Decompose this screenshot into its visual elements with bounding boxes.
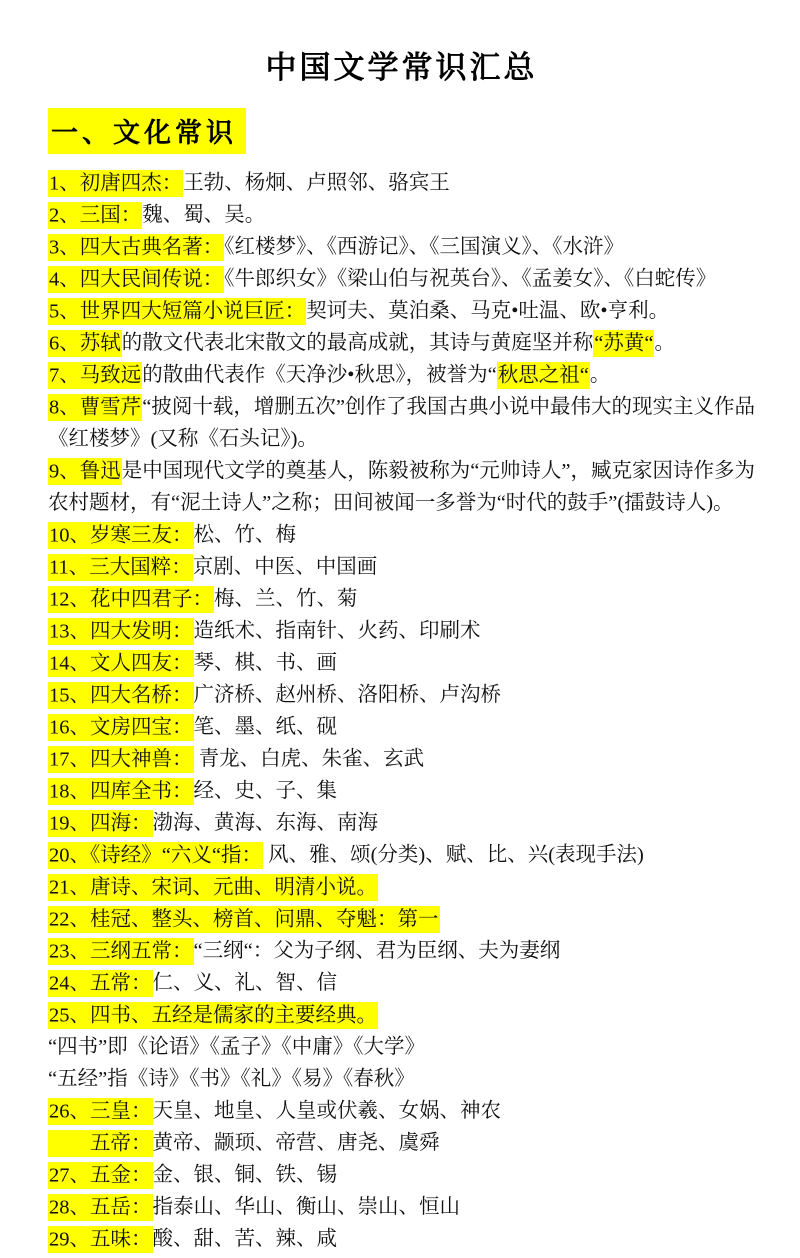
highlighted-text: 18、四库全书： [48, 778, 194, 805]
plain-text: 金、银、铜、铁、锡 [153, 1164, 338, 1186]
plain-text: 契诃夫、莫泊桑、马克•吐温、欧•亨利。 [306, 300, 669, 322]
highlighted-text: 8、曹雪芹 [48, 394, 142, 421]
plain-text: 魏、蜀、吴。 [142, 204, 265, 226]
list-item: 26、三皇：天皇、地皇、人皇或伏羲、女娲、神农 [48, 1095, 755, 1127]
highlighted-text: 17、四大神兽： [48, 746, 194, 773]
plain-text: 的散曲代表作《天净沙•秋思》，被誉为“ [142, 364, 497, 386]
highlighted-text: 12、花中四君子： [48, 586, 214, 613]
highlighted-text: 秋思之祖“ [497, 362, 590, 389]
highlighted-text: 21、唐诗、宋词、元曲、明清小说。 [48, 874, 378, 901]
highlighted-text: 9、鲁迅 [48, 458, 122, 485]
list-item: 24、五常：仁、义、礼、智、信 [48, 967, 755, 999]
highlighted-text: 22、桂冠、整头、榜首、问鼎、夺魁：第一 [48, 906, 440, 933]
list-item: 1、初唐四杰：王勃、杨炯、卢照邻、骆宾王 [48, 167, 755, 199]
list-item: 10、岁寒三友：松、竹、梅 [48, 519, 755, 551]
list-item: 6、苏轼的散文代表北宋散文的最高成就，其诗与黄庭坚并称“苏黄“。 [48, 327, 755, 359]
plain-text: “四书”即《论语》《孟子》《中庸》《大学》 [48, 1036, 425, 1058]
plain-text: 的散文代表北宋散文的最高成就，其诗与黄庭坚并称 [122, 332, 594, 354]
plain-text: 琴、棋、书、画 [194, 652, 338, 674]
list-item: 9、鲁迅是中国现代文学的奠基人，陈毅被称为“元帅诗人”，臧克家因诗作多为农村题材… [48, 455, 755, 519]
highlighted-text: 15、四大名桥： [48, 682, 194, 709]
plain-text: 广济桥、赵州桥、洛阳桥、卢沟桥 [194, 684, 502, 706]
section-heading: 一、文化常识 [48, 108, 246, 154]
highlighted-text: 五帝： [48, 1130, 153, 1157]
plain-text: 渤海、黄海、东海、南海 [153, 812, 379, 834]
list-item: 15、四大名桥：广济桥、赵州桥、洛阳桥、卢沟桥 [48, 679, 755, 711]
plain-text: “五经”指《诗》《书》《礼》《易》《春秋》 [48, 1068, 415, 1090]
highlighted-text: 4、四大民间传说： [48, 266, 224, 293]
list-item: “四书”即《论语》《孟子》《中庸》《大学》 [48, 1031, 755, 1063]
plain-text: 酸、甜、苦、辣、咸 [153, 1228, 338, 1250]
highlighted-text: 26、三皇： [48, 1098, 153, 1125]
highlighted-text: 19、四海： [48, 810, 153, 837]
document-page: 中国文学常识汇总 一、文化常识 1、初唐四杰：王勃、杨炯、卢照邻、骆宾王2、三国… [0, 0, 800, 1258]
highlighted-text: 28、五岳： [48, 1194, 153, 1221]
list-item: 23、三纲五常：“三纲“：父为子纲、君为臣纲、夫为妻纲 [48, 935, 755, 967]
highlighted-text: 13、四大发明： [48, 618, 194, 645]
list-item: 25、四书、五经是儒家的主要经典。 [48, 999, 755, 1031]
highlighted-text: 29、五味： [48, 1226, 153, 1253]
list-item: 18、四库全书：经、史、子、集 [48, 775, 755, 807]
plain-text: 。 [654, 332, 675, 354]
highlighted-text: 25、四书、五经是儒家的主要经典。 [48, 1002, 378, 1029]
plain-text: “三纲“：父为子纲、君为臣纲、夫为妻纲 [194, 940, 561, 962]
list-item: 16、文房四宝：笔、墨、纸、砚 [48, 711, 755, 743]
plain-text: 王勃、杨炯、卢照邻、骆宾王 [183, 172, 450, 194]
list-item: 29、五味：酸、甜、苦、辣、咸 [48, 1223, 755, 1255]
highlighted-text: 16、文房四宝： [48, 714, 194, 741]
item-list: 1、初唐四杰：王勃、杨炯、卢照邻、骆宾王2、三国：魏、蜀、吴。3、四大古典名著：… [48, 167, 755, 1255]
highlighted-text: “苏黄“ [593, 330, 654, 357]
plain-text: 天皇、地皇、人皇或伏羲、女娲、神农 [153, 1100, 502, 1122]
plain-text: 造纸术、指南针、火药、印刷术 [194, 620, 481, 642]
list-item: 14、文人四友：琴、棋、书、画 [48, 647, 755, 679]
plain-text: 经、史、子、集 [194, 780, 338, 802]
page-title: 中国文学常识汇总 [48, 0, 755, 87]
list-item: 3、四大古典名著：《红楼梦》、《西游记》、《三国演义》、《水浒》 [48, 231, 755, 263]
highlighted-text: 6、苏轼 [48, 330, 122, 357]
list-item: 19、四海：渤海、黄海、东海、南海 [48, 807, 755, 839]
list-item: 12、花中四君子：梅、兰、竹、菊 [48, 583, 755, 615]
plain-text: 笔、墨、纸、砚 [194, 716, 338, 738]
list-item: “五经”指《诗》《书》《礼》《易》《春秋》 [48, 1063, 755, 1095]
plain-text: 松、竹、梅 [194, 524, 297, 546]
list-item: 28、五岳：指泰山、华山、衡山、崇山、恒山 [48, 1191, 755, 1223]
highlighted-text: 3、四大古典名著： [48, 234, 224, 261]
list-item: 21、唐诗、宋词、元曲、明清小说。 [48, 871, 755, 903]
highlighted-text: 27、五金： [48, 1162, 153, 1189]
list-item: 2、三国：魏、蜀、吴。 [48, 199, 755, 231]
list-item: 5、世界四大短篇小说巨匠：契诃夫、莫泊桑、马克•吐温、欧•亨利。 [48, 295, 755, 327]
plain-text: 是中国现代文学的奠基人，陈毅被称为“元帅诗人”，臧克家因诗作多为农村题材，有“泥… [48, 460, 755, 514]
plain-text: 仁、义、礼、智、信 [153, 972, 338, 994]
list-item: 8、曹雪芹“披阅十载，增删五次”创作了我国古典小说中最伟大的现实主义作品《红楼梦… [48, 391, 755, 455]
list-item: 17、四大神兽： 青龙、白虎、朱雀、玄武 [48, 743, 755, 775]
highlighted-text: 1、初唐四杰： [48, 170, 183, 197]
plain-text: 京剧、中医、中国画 [193, 556, 378, 578]
highlighted-text: 2、三国： [48, 202, 142, 229]
plain-text: 指泰山、华山、衡山、崇山、恒山 [153, 1196, 461, 1218]
section-heading-row: 一、文化常识 [48, 108, 755, 154]
plain-text: 青龙、白虎、朱雀、玄武 [194, 748, 425, 770]
plain-text: 《牛郎织女》《梁山伯与祝英台》、《孟姜女》、《白蛇传》 [224, 268, 716, 290]
list-item: 11、三大国粹：京剧、中医、中国画 [48, 551, 755, 583]
highlighted-text: 11、三大国粹： [48, 554, 193, 581]
plain-text: 风、雅、颂(分类)、赋、比、兴(表现手法) [263, 844, 644, 866]
plain-text: 。 [590, 364, 611, 386]
plain-text: 梅、兰、竹、菊 [214, 588, 358, 610]
list-item: 20、《诗经》“六义“指： 风、雅、颂(分类)、赋、比、兴(表现手法) [48, 839, 755, 871]
highlighted-text: 5、世界四大短篇小说巨匠： [48, 298, 306, 325]
highlighted-text: 23、三纲五常： [48, 938, 194, 965]
highlighted-text: 24、五常： [48, 970, 153, 997]
list-item: 22、桂冠、整头、榜首、问鼎、夺魁：第一 [48, 903, 755, 935]
list-item: 13、四大发明：造纸术、指南针、火药、印刷术 [48, 615, 755, 647]
highlighted-text: 7、马致远 [48, 362, 142, 389]
highlighted-text: 20、《诗经》“六义“指： [48, 842, 263, 869]
list-item: 7、马致远的散曲代表作《天净沙•秋思》，被誉为“秋思之祖“。 [48, 359, 755, 391]
highlighted-text: 14、文人四友： [48, 650, 194, 677]
plain-text: 《红楼梦》、《西游记》、《三国演义》、《水浒》 [224, 236, 624, 258]
plain-text: 黄帝、颛顼、帝营、唐尧、虞舜 [153, 1132, 440, 1154]
list-item: 27、五金：金、银、铜、铁、锡 [48, 1159, 755, 1191]
list-item: 五帝：黄帝、颛顼、帝营、唐尧、虞舜 [48, 1127, 755, 1159]
plain-text: “披阅十载，增删五次”创作了我国古典小说中最伟大的现实主义作品《红楼梦》(又称《… [48, 396, 755, 450]
list-item: 4、四大民间传说：《牛郎织女》《梁山伯与祝英台》、《孟姜女》、《白蛇传》 [48, 263, 755, 295]
highlighted-text: 10、岁寒三友： [48, 522, 194, 549]
